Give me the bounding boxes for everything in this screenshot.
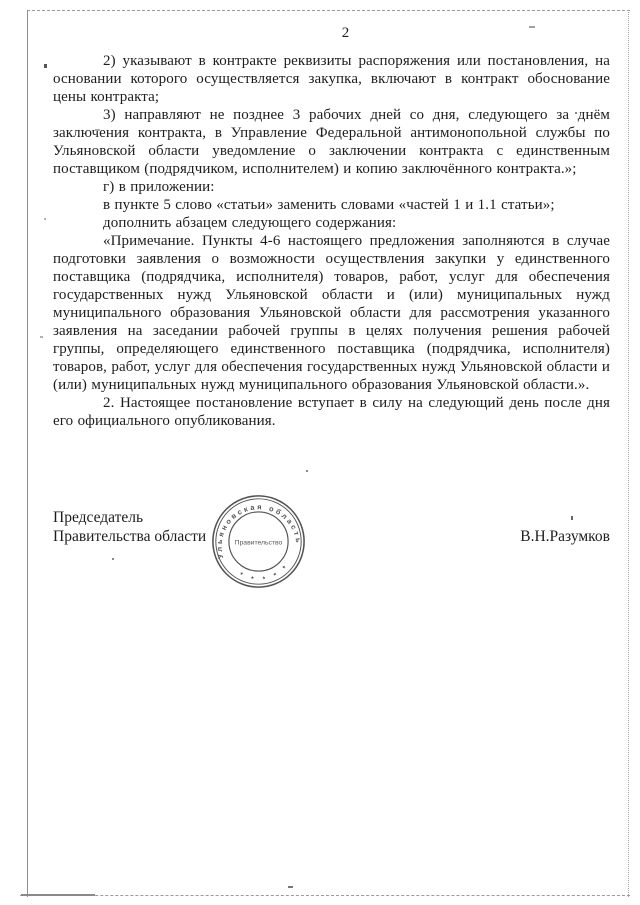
- scan-speck: [44, 64, 47, 68]
- page-border-bottom-segment: [21, 894, 95, 896]
- scan-speck: [95, 129, 100, 131]
- scan-speck: [529, 26, 535, 28]
- scan-speck: [44, 218, 46, 220]
- paragraph: г) в приложении:: [53, 178, 610, 196]
- paragraph: 3) направляют не позднее 3 рабочих дней …: [53, 106, 610, 178]
- paragraph: в пункте 5 слово «статьи» заменить слова…: [53, 196, 610, 214]
- page-number: 2: [53, 24, 610, 42]
- page-border-top: [27, 10, 630, 11]
- scan-speck: [40, 336, 43, 338]
- signer-position-line2: Правительства области: [53, 527, 206, 546]
- page-border-bottom: [20, 895, 630, 896]
- signer-position-line1: Председатель: [53, 508, 206, 527]
- stamp-center-text: Правительство: [235, 539, 283, 546]
- official-stamp: Ульяновская область ★ ★ ★ ★ ★ Правительс…: [210, 493, 307, 590]
- paragraph: «Примечание. Пункты 4-6 настоящего предл…: [53, 232, 610, 394]
- text-column: 2 2) указывают в контракте реквизиты рас…: [53, 24, 610, 430]
- signer-position: Председатель Правительства области: [53, 508, 206, 546]
- paragraph: дополнить абзацем следующего содержания:: [53, 214, 610, 232]
- page-border-right: [628, 10, 629, 897]
- paragraph: 2) указывают в контракте реквизиты распо…: [53, 52, 610, 106]
- stamp-ring-text: Ульяновская область: [210, 498, 304, 560]
- scan-speck: [575, 112, 577, 114]
- scan-speck: [306, 470, 308, 472]
- signature-block: Председатель Правительства области В.Н.Р…: [53, 508, 610, 546]
- paragraph: 2. Настоящее постановление вступает в си…: [53, 394, 610, 430]
- signer-name: В.Н.Разумков: [520, 527, 610, 546]
- scan-speck: [112, 558, 114, 560]
- scan-speck: [288, 886, 293, 888]
- page-border-left: [27, 10, 28, 897]
- document-page: 2 2) указывают в контракте реквизиты рас…: [0, 0, 640, 905]
- scan-speck: [571, 516, 573, 520]
